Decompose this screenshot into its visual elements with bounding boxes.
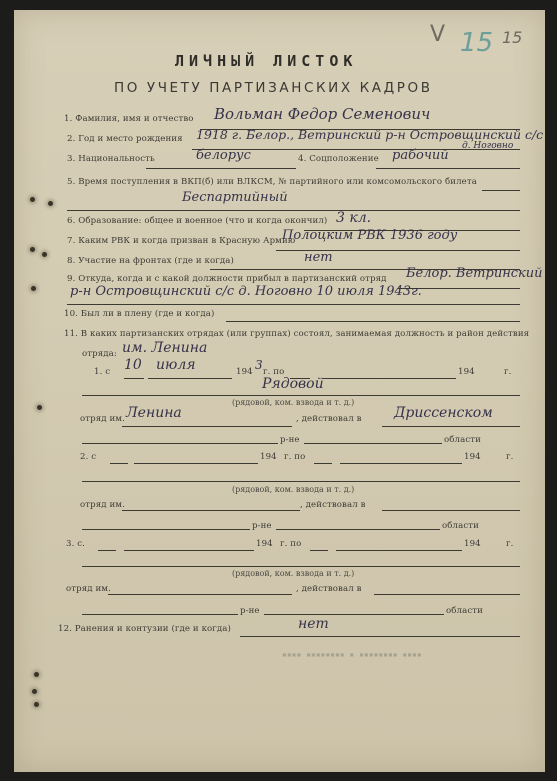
field-12-value: нет: [298, 616, 329, 632]
document-title: ЛИЧНЫЙ ЛИСТОК: [175, 52, 357, 70]
entry-1-acted-label: , действовал в: [296, 414, 362, 424]
field-10-label: 10. Был ли в плену (где и когда): [64, 309, 214, 319]
punch-hole: [48, 201, 53, 206]
entry-1-caption: (рядовой, ком. взвода и т. д.): [232, 398, 354, 407]
entry-1-month: июля: [156, 357, 196, 373]
punch-hole: [37, 405, 42, 410]
field-1-label: 1. Фамилия, имя и отчество: [64, 114, 194, 124]
entry-2-unit-label: отряд им.: [80, 500, 125, 510]
field-8-value: нет: [304, 250, 333, 265]
entry-1-acted-value: Дриссенском: [394, 405, 493, 421]
field-6-value: 3 кл.: [336, 210, 371, 226]
entry-3-num: 3. с.: [66, 539, 85, 549]
entry-1-day: 10: [124, 357, 142, 373]
blue-pencil-number: 15: [460, 28, 493, 58]
field-2-value-extra: д. Ноговно: [462, 141, 513, 151]
field-7-label: 7. Каким РВК и когда призван в Красную А…: [67, 236, 295, 246]
entry-1-num: 1. с: [94, 367, 110, 377]
field-1-value: Вольман Федор Семенович: [214, 105, 430, 123]
check-mark: V: [430, 22, 445, 47]
field-2-value: 1918 г. Белор., Ветринский р-н Островщин…: [196, 127, 543, 142]
punch-hole: [30, 197, 35, 202]
field-8-label: 8. Участие на фронтах (где и когда): [67, 256, 234, 266]
personal-record-sheet: V 15 15 ЛИЧНЫЙ ЛИСТОК ПО УЧЕТУ ПАРТИЗАНС…: [14, 10, 545, 772]
entry-3-district-label: р-не: [240, 606, 260, 616]
faded-stamp: ▪▪▪▪ ▪▪▪▪▪▪▪▪ ▪ ▪▪▪▪▪▪▪▪ ▪▪▪▪: [282, 650, 422, 659]
field-4-label: 4. Соцположение: [298, 154, 379, 164]
field-7-value: Полоцким РВК 1936 году: [282, 228, 457, 243]
entry-1-end-year: 194: [458, 367, 475, 377]
field-3-value: белорус: [196, 148, 251, 163]
punch-hole: [30, 247, 35, 252]
entry-2-to-label: г. по: [284, 452, 305, 462]
field-11-detachment-value: им. Ленина: [122, 340, 207, 356]
entry-3-end-suffix: г.: [506, 539, 513, 549]
field-11-label: 11. В каких партизанских отрядах (или гр…: [64, 329, 529, 339]
entry-3-acted-label: , действовал в: [296, 584, 362, 594]
punch-hole: [34, 672, 39, 677]
entry-2-year: 194: [260, 452, 277, 462]
entry-3-unit-label: отряд им.: [66, 584, 111, 594]
entry-3-end-year: 194: [464, 539, 481, 549]
entry-3-caption: (рядовой, ком. взвода и т. д.): [232, 569, 354, 578]
field-12-label: 12. Ранения и контузии (где и когда): [58, 624, 231, 634]
field-5-value: Беспартийный: [182, 190, 288, 205]
pencil-number: 15: [502, 28, 522, 47]
punch-hole: [34, 702, 39, 707]
entry-1-district-label: р-не: [280, 435, 300, 445]
entry-2-acted-label: , действовал в: [300, 500, 366, 510]
entry-2-end-year: 194: [464, 452, 481, 462]
entry-3-region-label: области: [446, 606, 483, 616]
document-subtitle: ПО УЧЕТУ ПАРТИЗАНСКИХ КАДРОВ: [114, 80, 433, 96]
field-6-label: 6. Образование: общее и военное (что и к…: [67, 216, 327, 226]
field-5-label: 5. Время поступления в ВКП(б) или ВЛКСМ,…: [67, 177, 477, 187]
entry-2-num: 2. с: [80, 452, 96, 462]
entry-3-year: 194: [256, 539, 273, 549]
field-9-value: Белор. Ветринский: [406, 266, 543, 281]
field-9-value-line2: р-н Островщинский с/с д. Ноговно 10 июля…: [70, 284, 422, 299]
entry-3-to-label: г. по: [280, 539, 301, 549]
entry-1-unit-label: отряд им.: [80, 414, 125, 424]
punch-hole: [42, 252, 47, 257]
entry-2-region-label: области: [442, 521, 479, 531]
entry-1-end-suffix: г.: [504, 367, 511, 377]
field-11-detachment-label: отряда:: [82, 349, 117, 359]
field-2-label: 2. Год и место рождения: [67, 134, 183, 144]
field-9-label: 9. Откуда, когда и с какой должности при…: [67, 274, 387, 284]
entry-1-region-label: области: [444, 435, 481, 445]
field-4-value: рабочий: [392, 148, 449, 163]
entry-1-position: Рядовой: [262, 376, 324, 392]
entry-2-district-label: р-не: [252, 521, 272, 531]
entry-1-year: 194: [236, 367, 253, 377]
entry-2-end-suffix: г.: [506, 452, 513, 462]
entry-1-unit-value: Ленина: [126, 405, 182, 421]
entry-1-year-digit: 3: [255, 358, 263, 372]
punch-hole: [32, 689, 37, 694]
punch-hole: [31, 286, 36, 291]
field-3-label: 3. Национальность: [67, 154, 155, 164]
entry-2-caption: (рядовой, ком. взвода и т. д.): [232, 485, 354, 494]
